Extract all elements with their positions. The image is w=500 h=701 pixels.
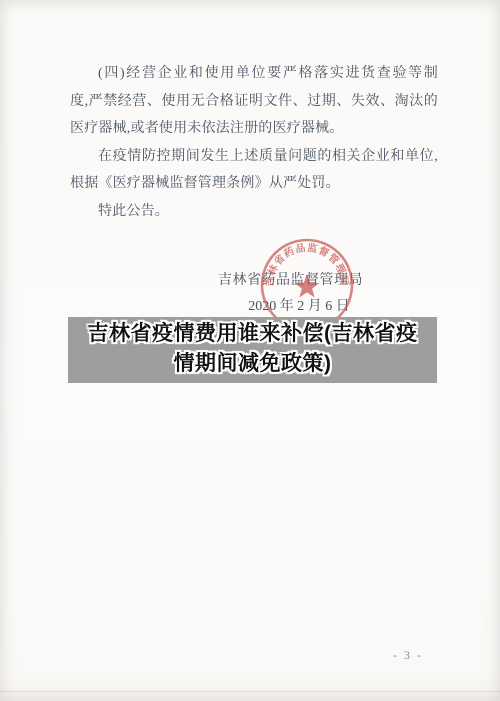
body-line-4: 在疫情防控期间发生上述质量问题的相关企业和单位, — [70, 143, 438, 171]
seal-star-icon — [295, 274, 320, 298]
scan-bottom-shade — [0, 679, 500, 701]
caption-banner: 吉林省疫情费用谁来补偿(吉林省疫 情期间减免政策) — [68, 317, 437, 383]
caption-line-2: 情期间减免政策) — [68, 349, 437, 379]
scan-bottom-edge — [0, 691, 500, 692]
page-number: - 3 - — [378, 648, 438, 663]
scanned-document-screenshot: { "page": { "background_color": "#fbfaf8… — [0, 0, 500, 701]
body-line-3: 医疗器械,或者使用未依法注册的医疗器械。 — [70, 115, 438, 143]
body-line-2: 度,严禁经营、使用无合格证明文件、过期、失效、淘汰的 — [70, 88, 438, 116]
body-line-1: (四)经营企业和使用单位要严格落实进货查验等制 — [70, 60, 438, 88]
body-line-6: 特此公告。 — [70, 198, 438, 226]
caption-line-1: 吉林省疫情费用谁来补偿(吉林省疫 — [68, 319, 437, 349]
body-line-5: 根据《医疗器械监督管理条例》从严处罚。 — [70, 170, 438, 198]
document-page: (四)经营企业和使用单位要严格落实进货查验等制 度,严禁经营、使用无合格证明文件… — [0, 0, 500, 701]
document-body: (四)经营企业和使用单位要严格落实进货查验等制 度,严禁经营、使用无合格证明文件… — [70, 60, 438, 225]
